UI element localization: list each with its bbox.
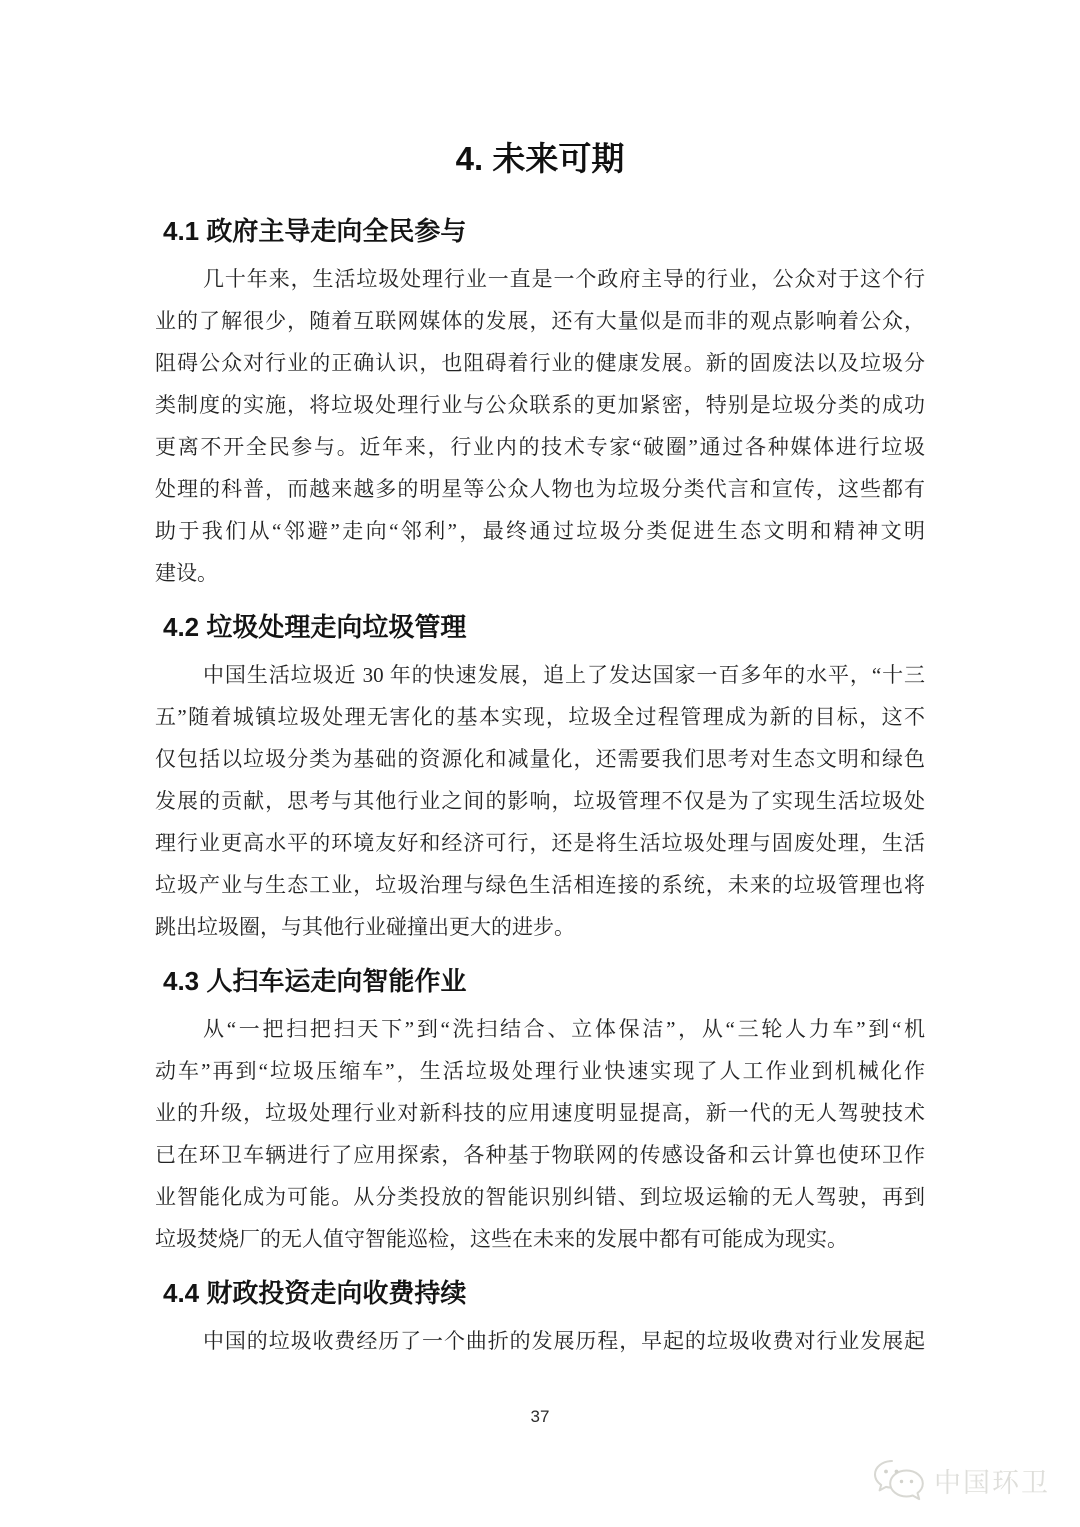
text-line: 类制度的实施，将垃圾处理行业与公众联系的更加紧密，特别是垃圾分类的成功 xyxy=(155,384,925,426)
text-line: 助于我们从“邻避”走向“邻利”，最终通过垃圾分类促进生态文明和精神文明 xyxy=(155,510,925,552)
text-line: 发展的贡献，思考与其他行业之间的影响，垃圾管理不仅是为了实现生活垃圾处 xyxy=(155,780,925,822)
document-content: 4. 未来可期 4.1 政府主导走向全民参与 几十年来，生活垃圾处理行业一直是一… xyxy=(155,0,925,1362)
text-line: 理行业更高水平的环境友好和经济可行，还是将生活垃圾处理与固废处理，生活 xyxy=(155,822,925,864)
text-line: 处理的科普，而越来越多的明星等公众人物也为垃圾分类代言和宣传，这些都有 xyxy=(155,468,925,510)
brand-watermark-label: 中国环卫 xyxy=(934,1461,1050,1500)
text-line: 动车”再到“垃圾压缩车”，生活垃圾处理行业快速实现了人工作业到机械化作 xyxy=(155,1050,925,1092)
section-heading-4-4: 4.4 财政投资走向收费持续 xyxy=(155,1278,925,1308)
text-line: 建设。 xyxy=(155,552,925,594)
section-4-3: 4.3 人扫车运走向智能作业 从“一把扫把扫天下”到“洗扫结合、立体保洁”，从“… xyxy=(155,966,925,1260)
paragraph: 从“一把扫把扫天下”到“洗扫结合、立体保洁”，从“三轮人力车”到“机 动车”再到… xyxy=(155,1008,925,1260)
section-4-4: 4.4 财政投资走向收费持续 中国的垃圾收费经历了一个曲折的发展历程，早起的垃圾… xyxy=(155,1278,925,1362)
brand-watermark: 中国环卫 xyxy=(871,1459,1050,1501)
text-line: 已在环卫车辆进行了应用探索，各种基于物联网的传感设备和云计算也使环卫作 xyxy=(155,1134,925,1176)
section-4-1: 4.1 政府主导走向全民参与 几十年来，生活垃圾处理行业一直是一个政府主导的行业… xyxy=(155,216,925,594)
document-page: 4. 未来可期 4.1 政府主导走向全民参与 几十年来，生活垃圾处理行业一直是一… xyxy=(0,0,1080,1527)
text-line: 从“一把扫把扫天下”到“洗扫结合、立体保洁”，从“三轮人力车”到“机 xyxy=(155,1008,925,1050)
text-line: 阻碍公众对行业的正确认识，也阻碍着行业的健康发展。新的固废法以及垃圾分 xyxy=(155,342,925,384)
page-number: 37 xyxy=(0,1407,1080,1427)
section-heading-4-3: 4.3 人扫车运走向智能作业 xyxy=(155,966,925,996)
text-line: 垃圾焚烧厂的无人值守智能巡检，这些在未来的发展中都有可能成为现实。 xyxy=(155,1218,925,1260)
section-heading-4-2: 4.2 垃圾处理走向垃圾管理 xyxy=(155,612,925,642)
section-heading-4-1: 4.1 政府主导走向全民参与 xyxy=(155,216,925,246)
text-line: 业的升级，垃圾处理行业对新科技的应用速度明显提高，新一代的无人驾驶技术 xyxy=(155,1092,925,1134)
wechat-icon xyxy=(871,1459,925,1501)
text-line: 跳出垃圾圈，与其他行业碰撞出更大的进步。 xyxy=(155,906,925,948)
text-line: 更离不开全民参与。近年来，行业内的技术专家“破圈”通过各种媒体进行垃圾 xyxy=(155,426,925,468)
section-4-2: 4.2 垃圾处理走向垃圾管理 中国生活垃圾近 30 年的快速发展，追上了发达国家… xyxy=(155,612,925,948)
text-line: 垃圾产业与生态工业，垃圾治理与绿色生活相连接的系统，未来的垃圾管理也将 xyxy=(155,864,925,906)
paragraph: 中国生活垃圾近 30 年的快速发展，追上了发达国家一百多年的水平，“十三 五”随… xyxy=(155,654,925,948)
text-line: 几十年来，生活垃圾处理行业一直是一个政府主导的行业，公众对于这个行 xyxy=(155,258,925,300)
text-line: 仅包括以垃圾分类为基础的资源化和减量化，还需要我们思考对生态文明和绿色 xyxy=(155,738,925,780)
paragraph: 几十年来，生活垃圾处理行业一直是一个政府主导的行业，公众对于这个行 业的了解很少… xyxy=(155,258,925,594)
text-line: 中国的垃圾收费经历了一个曲折的发展历程，早起的垃圾收费对行业发展起 xyxy=(155,1320,925,1362)
text-line: 五”随着城镇垃圾处理无害化的基本实现，垃圾全过程管理成为新的目标，这不 xyxy=(155,696,925,738)
paragraph: 中国的垃圾收费经历了一个曲折的发展历程，早起的垃圾收费对行业发展起 xyxy=(155,1320,925,1362)
text-line: 业的了解很少，随着互联网媒体的发展，还有大量似是而非的观点影响着公众， xyxy=(155,300,925,342)
page-title: 4. 未来可期 xyxy=(155,139,925,179)
text-line: 业智能化成为可能。从分类投放的智能识别纠错、到垃圾运输的无人驾驶，再到 xyxy=(155,1176,925,1218)
text-line: 中国生活垃圾近 30 年的快速发展，追上了发达国家一百多年的水平，“十三 xyxy=(155,654,925,696)
